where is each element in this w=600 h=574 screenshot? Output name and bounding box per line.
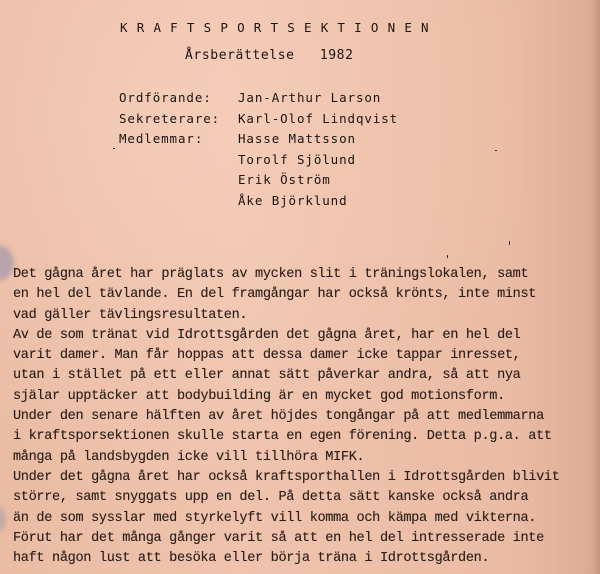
roster-name: Karl-Olof Lindqvist [238, 111, 398, 132]
roster-name: Erik Öström [238, 172, 331, 193]
document-subheading: Årsberättelse 1982 [185, 48, 354, 63]
roster-row: Ordförande: Jan-Arthur Larson [119, 90, 398, 111]
body-line: i kraftsporsektionen skulle starta en eg… [13, 427, 598, 447]
body-line: en hel del tävlande. En del framgångar h… [13, 285, 598, 305]
roster-row: Torolf Sjölund [119, 152, 398, 173]
roster-role: Medlemmar: [119, 131, 238, 152]
body-line: större, samt snyggats upp en del. På det… [13, 488, 598, 508]
body-line: Under den senare hälften av året höjdes … [13, 407, 598, 427]
ink-speck [509, 241, 510, 245]
roster-name: Jan-Arthur Larson [238, 90, 381, 111]
roster-name: Hasse Mattsson [238, 131, 356, 152]
body-line: Under det gågna året har också kraftspor… [13, 468, 598, 488]
body-line: Det gågna året har präglats av mycken sl… [13, 265, 598, 285]
ink-speck [113, 148, 115, 149]
roster-row: Sekreterare: Karl-Olof Lindqvist [119, 111, 398, 132]
body-line: varit damer. Man får hoppas att dessa da… [13, 346, 598, 366]
roster-name: Torolf Sjölund [238, 152, 356, 173]
body-line: än de som sysslar med styrkelyft vill ko… [13, 509, 598, 529]
report-body: Det gågna året har präglats av mycken sl… [13, 265, 598, 569]
roster: Ordförande: Jan-Arthur Larson Sekreterar… [119, 90, 398, 213]
body-line: själar upptäcker att bodybuilding är en … [13, 387, 598, 407]
body-line: Av de som tränat vid Idrottsgården det g… [13, 326, 598, 346]
roster-row: Medlemmar: Hasse Mattsson [119, 131, 398, 152]
ink-speck [447, 255, 448, 258]
body-line: många på landsbygden icke vill tillhöra … [13, 448, 598, 468]
body-line: Förut har det många gånger varit så att … [13, 529, 598, 549]
document-heading: KRAFTSPORTSEKTIONEN [120, 20, 438, 35]
body-line: vad gäller tävlingsresultaten. [13, 306, 598, 326]
roster-role [119, 152, 238, 173]
roster-row: Erik Öström [119, 172, 398, 193]
roster-name: Åke Björklund [238, 193, 348, 214]
body-line: haft någon lust att besöka eller börja t… [13, 549, 598, 569]
roster-role: Sekreterare: [119, 111, 238, 132]
roster-row: Åke Björklund [119, 193, 398, 214]
ink-speck [495, 150, 497, 151]
body-line: utan i stället på ett eller annat sätt p… [13, 366, 598, 386]
roster-role [119, 172, 238, 193]
roster-role: Ordförande: [119, 90, 238, 111]
roster-role [119, 193, 238, 214]
